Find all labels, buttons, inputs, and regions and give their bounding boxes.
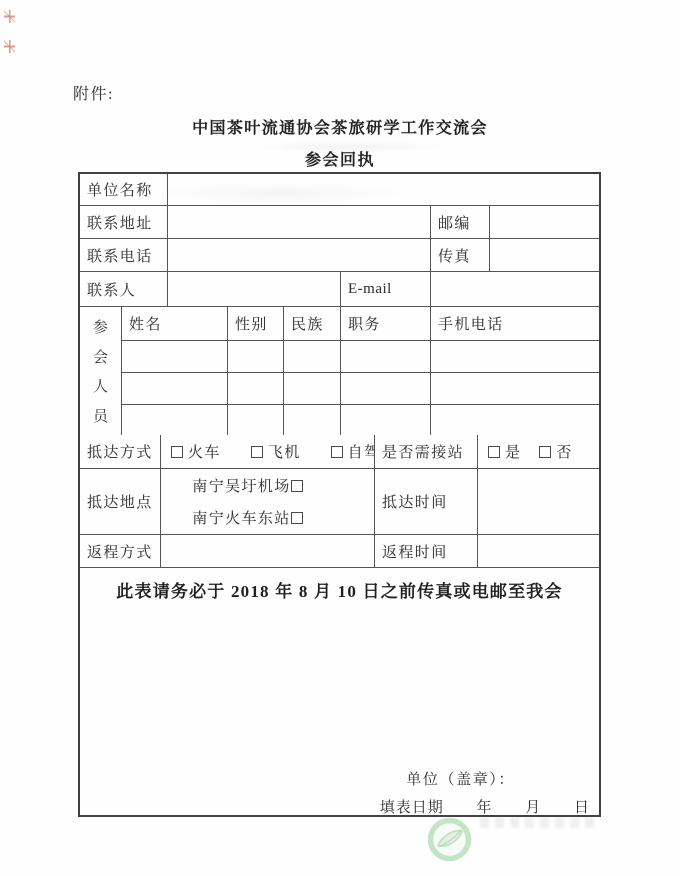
return-method-value-cell	[160, 535, 374, 567]
fax-label: 传真	[430, 239, 489, 271]
email-label: E-mail	[340, 272, 430, 306]
green-leaf-watermark	[426, 816, 473, 863]
empty-cell	[283, 405, 340, 435]
checkbox-icon	[251, 446, 263, 458]
participants-empty-row	[122, 340, 599, 372]
email-value-cell	[430, 272, 599, 306]
option-yes: 是	[488, 441, 521, 462]
unit-seal-line: 单位（盖章）：	[406, 768, 515, 789]
scanned-form-page: 附件: 中国茶叶流通协会茶旅研学工作交流会 参会回执 单位名称 联系地址 邮编 …	[0, 0, 680, 876]
option-label: 是	[505, 441, 521, 462]
faint-gray-watermark	[480, 817, 594, 828]
fill-date-line: 填表日期 年 月 日	[380, 796, 590, 817]
arrival-time-label: 抵达时间	[374, 469, 477, 534]
col-header-ethnicity: 民族	[283, 307, 340, 340]
empty-cell	[122, 405, 227, 435]
table-row-phone: 联系电话 传真	[80, 238, 599, 271]
red-scan-artifact	[4, 10, 15, 23]
return-time-label: 返程时间	[374, 535, 477, 567]
unit-name-label: 单位名称	[80, 174, 167, 205]
return-time-value-cell	[477, 535, 599, 567]
empty-cell	[227, 341, 283, 372]
empty-cell	[340, 373, 430, 404]
leaf-circle-icon	[426, 816, 473, 863]
option-label: 飞机	[268, 441, 301, 462]
participants-section: 参 会 人 员 姓名 性别 民族 职务 手机电话	[80, 306, 599, 435]
fax-value-cell	[489, 239, 599, 271]
col-header-name: 姓名	[122, 307, 227, 340]
empty-cell	[430, 341, 599, 372]
table-row-arrival-method: 抵达方式 火车 飞机 自驾 是否需接站 是	[80, 435, 599, 468]
day-label: 日	[574, 800, 590, 816]
option-plane: 飞机	[251, 441, 301, 462]
contact-phone-value-cell	[167, 239, 430, 271]
table-row-contact-person: 联系人 E-mail	[80, 271, 599, 306]
date-label: 填表日期	[380, 800, 444, 816]
registration-form-table: 单位名称 联系地址 邮编 联系电话 传真 联系人 E-mail 参	[78, 172, 601, 817]
checkbox-icon	[539, 446, 551, 458]
option-train-station: 南宁火车东站	[182, 502, 352, 534]
arrival-place-options: 南宁吴圩机场 南宁火车东站	[160, 469, 374, 534]
group-char: 会	[93, 346, 108, 367]
option-label: 火车	[188, 441, 221, 462]
contact-phone-label: 联系电话	[80, 239, 167, 271]
empty-cell	[430, 373, 599, 404]
col-header-position: 职务	[340, 307, 430, 340]
contact-address-value-cell	[167, 206, 430, 238]
checkbox-icon	[331, 446, 343, 458]
attachment-label: 附件:	[73, 81, 114, 104]
notice-and-signature-cell: 此表请务必于 2018 年 8 月 10 日之前传真或电邮至我会 单位（盖章）：…	[80, 567, 599, 815]
arrival-method-options: 火车 飞机 自驾	[160, 435, 374, 468]
contact-person-value-cell	[167, 272, 340, 306]
table-row-return: 返程方式 返程时间	[80, 534, 599, 567]
option-label: 南宁火车东站	[192, 507, 290, 528]
participants-empty-row	[122, 372, 599, 404]
year-label: 年	[476, 800, 492, 816]
postal-value-cell	[489, 206, 599, 238]
col-header-gender: 性别	[227, 307, 283, 340]
option-no: 否	[539, 441, 572, 462]
empty-cell	[340, 341, 430, 372]
contact-address-label: 联系地址	[80, 206, 167, 238]
option-train: 火车	[171, 441, 221, 462]
table-row-address: 联系地址 邮编	[80, 205, 599, 238]
participants-header-row: 姓名 性别 民族 职务 手机电话	[122, 307, 599, 340]
unit-name-value-cell	[167, 174, 599, 205]
group-char: 参	[93, 316, 108, 337]
checkbox-icon	[291, 512, 303, 524]
participants-empty-row	[122, 404, 599, 435]
participants-group-label: 参 会 人 员	[80, 307, 122, 435]
empty-cell	[122, 373, 227, 404]
option-label: 否	[556, 441, 572, 462]
group-char: 人	[93, 375, 108, 396]
checkbox-icon	[171, 446, 183, 458]
arrival-method-label: 抵达方式	[80, 435, 160, 468]
checkbox-icon	[291, 480, 303, 492]
checkbox-icon	[488, 446, 500, 458]
participants-grid: 姓名 性别 民族 职务 手机电话	[122, 307, 599, 435]
document-subtitle: 参会回执	[0, 147, 680, 170]
empty-cell	[340, 405, 430, 435]
option-airport: 南宁吴圩机场	[182, 470, 352, 502]
col-header-mobile: 手机电话	[430, 307, 599, 340]
document-title: 中国茶叶流通协会茶旅研学工作交流会	[0, 115, 680, 138]
arrival-time-value-cell	[477, 469, 599, 534]
option-self-drive: 自驾	[331, 441, 374, 462]
empty-cell	[122, 341, 227, 372]
postal-label: 邮编	[430, 206, 489, 238]
group-char: 员	[93, 405, 108, 426]
empty-cell	[283, 373, 340, 404]
pickup-options: 是 否	[477, 435, 599, 468]
option-label: 自驾	[348, 441, 374, 462]
option-label: 南宁吴圩机场	[192, 475, 290, 496]
pickup-label: 是否需接站	[374, 435, 477, 468]
arrival-place-label: 抵达地点	[80, 469, 160, 534]
table-row-unit-name: 单位名称	[80, 174, 599, 205]
empty-cell	[283, 341, 340, 372]
return-method-label: 返程方式	[80, 535, 160, 567]
empty-cell	[430, 405, 599, 435]
empty-cell	[227, 405, 283, 435]
table-row-arrival-place: 抵达地点 南宁吴圩机场 南宁火车东站 抵达时间	[80, 468, 599, 534]
deadline-notice: 此表请务必于 2018 年 8 月 10 日之前传真或电邮至我会	[80, 577, 599, 602]
contact-person-label: 联系人	[80, 272, 167, 306]
month-label: 月	[525, 800, 541, 816]
empty-cell	[227, 373, 283, 404]
red-scan-artifact	[4, 40, 15, 53]
